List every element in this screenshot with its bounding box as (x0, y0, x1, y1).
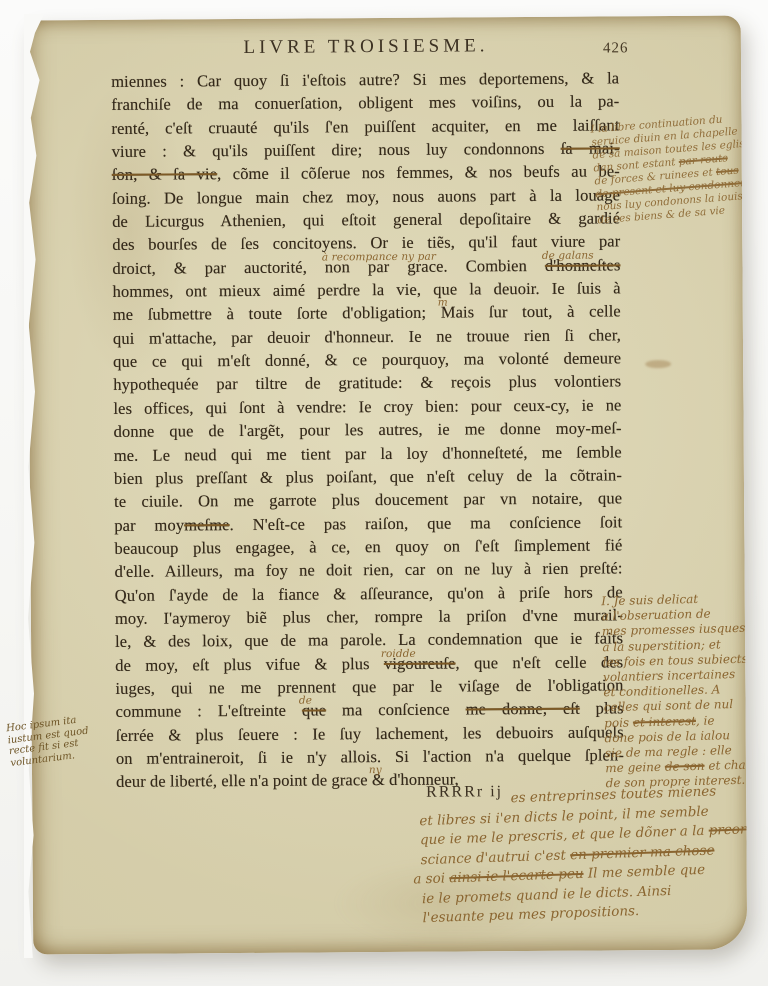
page-title: LIVRE TROISIESME. (111, 34, 621, 60)
printed-text: les offices, qui ſont à vendre: Ie croy … (113, 395, 621, 418)
printed-text: ſoing. De longue main chez moy, nous auo… (112, 185, 620, 208)
printed-text: me ſubmettre à toute ſorte d'obligation; (113, 303, 441, 324)
handwriting: , ie (696, 713, 715, 727)
margin-annotation-right-middle: I. Je suis delicata l'obseruation demes … (601, 589, 747, 791)
text-line: iuges, qui ne me prennent que par le viſ… (115, 673, 623, 700)
text-line: que ce qui m'eſt donné, & ce pourquoy, m… (113, 346, 621, 373)
text-line: renté, c'eſt cruauté qu'ils ſ'en puiſſen… (111, 113, 619, 140)
printed-text: beaucoup plus engagee, à ce, en quoy on … (114, 535, 622, 558)
text-line: viure : & qu'ils puiſſent dire; nous luy… (112, 136, 620, 163)
handwriting: a l'obseruation de (601, 607, 710, 624)
text-line: te ciuile. On me garrote plus doucement … (114, 487, 622, 514)
text-line: beaucoup plus engagee, à ce, en quoy on … (114, 533, 622, 560)
text-line: Qu'on ſ'ayde de la fiance & aſſeurance, … (115, 580, 623, 607)
handwriting: mes promesses iusques (602, 621, 746, 638)
handwriting: done pois de la ialou (604, 728, 730, 745)
struck-printed-text: ſon, & ſa vie (112, 165, 217, 185)
text-block: miennes : Car quoy ſi i'eſtois autre? Si… (111, 66, 624, 793)
scanned-book-page-photo: LIVRE TROISIESME. 426 miennes : Car quoy… (0, 0, 768, 986)
handwriting: I. Je suis delicat (601, 592, 698, 608)
struck-handwriting: en premier ma chose (570, 842, 715, 863)
printed-text: , que n'eſt celle des (455, 652, 623, 672)
printed-text: de moy, eſt plus vifue & plus (115, 654, 384, 675)
handwriting: a la superstition; et (602, 637, 721, 654)
printed-text: ma conſcience (326, 700, 466, 720)
printed-text: renté, c'eſt cruauté qu'ils ſ'en puiſſen… (111, 115, 619, 138)
printed-text: donne que de l'argẽt, pour les autres, i… (114, 419, 622, 442)
text-line: d'elle. Ailleurs, ma foy ne doit rien, c… (115, 557, 623, 584)
printed-text: iuges, qui ne me prennent que par le viſ… (115, 675, 623, 698)
printed-text: hommes, ont mieux aimé perdre la vie, qu… (113, 278, 621, 301)
text-line: les offices, qui ſont à vendre: Ie croy … (113, 393, 621, 420)
text-line: franchiſe de ma conuerſation, obligent m… (111, 90, 619, 117)
handwriting: a soi (413, 870, 450, 887)
printed-text: droict, & par auctorité, (112, 257, 325, 277)
printed-text: que ce qui m'eſt donné, & ce pourquoy, m… (113, 348, 621, 371)
printed-text: bien plus preſſant & plus poiſant, que n… (114, 465, 622, 488)
handwriting: volantiers incertaines (603, 667, 735, 684)
text-line: qui m'attache, par deuoir d'honneur. Ie … (113, 323, 621, 350)
printed-text: miennes : Car quoy ſi i'eſtois autre? Si… (111, 68, 619, 91)
printed-text: ſerrée & plus ſeuere : Ie ſuy lachement,… (116, 722, 624, 745)
text-line: hommes, ont mieux aimé perdre la vie, qu… (113, 276, 621, 303)
printed-text: commune : L'eſtreinte (116, 701, 303, 721)
printed-text: viure : & qu'ils puiſſent dire; nous luy… (112, 139, 561, 161)
text-line: me ſubmettre à toute ſorte d'obligation;… (113, 300, 621, 327)
struck-handwriting: ainsi ie l'ecarte peu (449, 866, 584, 886)
struck-handwriting: tous (716, 164, 740, 178)
printed-text: d'elle. Ailleurs, ma foy ne doit rien, c… (115, 559, 623, 582)
running-head: LIVRE TROISIESME. (111, 34, 621, 64)
handwriting: celles qui sont de nul (604, 698, 734, 715)
printed-text: de Licurgus Athenien, qui eſtoit general… (112, 208, 620, 231)
handwriting: sie de ma regle : elle (605, 743, 732, 760)
printed-text: deur de liberté, elle n'a point de grace (116, 770, 372, 791)
handwriting: me geine (605, 760, 665, 775)
text-line: ſon, & ſa vie, cõme il cõſerue nos femme… (112, 160, 620, 187)
printed-text: , cõme il cõſerue nos femmes, & nos beuf… (217, 162, 620, 184)
handwriting: et charge (704, 758, 747, 774)
text-line: de moy, eſt plus vifue & plus roiddevigo… (115, 650, 623, 677)
text-line: ſerrée & plus ſeuere : Ie ſuy lachement,… (116, 720, 624, 747)
struck-printed-text: me donne, eſt (466, 699, 580, 719)
printed-text: franchiſe de ma conuerſation, obligent m… (111, 92, 619, 115)
struck-handwriting: preordoner (708, 820, 747, 839)
text-line: miennes : Car quoy ſi i'eſtois autre? Si… (111, 66, 619, 93)
bottom-annotation: es entreprinses toutes mieneset libres s… (418, 781, 747, 929)
text-line: commune : L'eſtreinte deque ma conſcienc… (115, 697, 623, 724)
struck-printed-text: meſme (184, 515, 230, 534)
printed-text: moy. I'aymeroy biẽ plus cher, rompre la … (115, 605, 623, 628)
text-line: ſoing. De longue main chez moy, nous auo… (112, 183, 620, 210)
printed-text: par moy (114, 515, 184, 534)
text-line: bien plus preſſant & plus poiſant, que n… (114, 463, 622, 490)
book-page: LIVRE TROISIESME. 426 miennes : Car quoy… (27, 16, 748, 955)
printed-text: Qu'on ſ'ayde de la fiance & aſſeurance, … (115, 582, 623, 605)
printed-text: hypothequée par tiltre de gratitude: & r… (113, 372, 621, 395)
page-number: 426 (603, 40, 629, 57)
handwriting: Il me semble que (583, 862, 705, 882)
handwriting: et conditionelles. A (603, 683, 720, 700)
struck-handwriting: et interest (633, 714, 696, 730)
text-line: hypothequée par tiltre de gratitude: & r… (113, 370, 621, 397)
printed-text: le, & des loix, que de ma parole. La con… (115, 629, 623, 652)
handwriting: pois (604, 715, 633, 730)
printed-text: qui m'attache, par deuoir d'honneur. Ie … (113, 325, 621, 348)
printed-text: . N'eſt-ce pas raiſon, que ma conſcience… (229, 512, 622, 534)
text-line: donne que de l'argẽt, pour les autres, i… (114, 417, 622, 444)
text-line: le, & des loix, que de ma parole. La con… (115, 627, 623, 654)
margin-annotation-right-top: I la libre continuation duseruice diuin … (590, 108, 747, 227)
text-line: moy. I'aymeroy biẽ plus cher, rompre la … (115, 603, 623, 630)
printed-text: Mais ſur tout, à celle (441, 302, 621, 322)
text-line: droict, & par auctorité, à recompance ny… (112, 253, 620, 280)
ink-smudge (645, 360, 671, 368)
printed-text: me. Le neud qui me tient par la loy d'ho… (114, 442, 622, 465)
handwriting: sciance d'autrui c'est (420, 847, 570, 868)
text-line: me. Le neud qui me tient par la loy d'ho… (114, 440, 622, 467)
text-line: de Licurgus Athenien, qui eſtoit general… (112, 206, 620, 233)
struck-handwriting: de son (665, 759, 705, 774)
printed-text: te ciuile. On me garrote plus doucement … (114, 489, 622, 512)
text-line: par moymeſme. N'eſt-ce pas raiſon, que m… (114, 510, 622, 537)
